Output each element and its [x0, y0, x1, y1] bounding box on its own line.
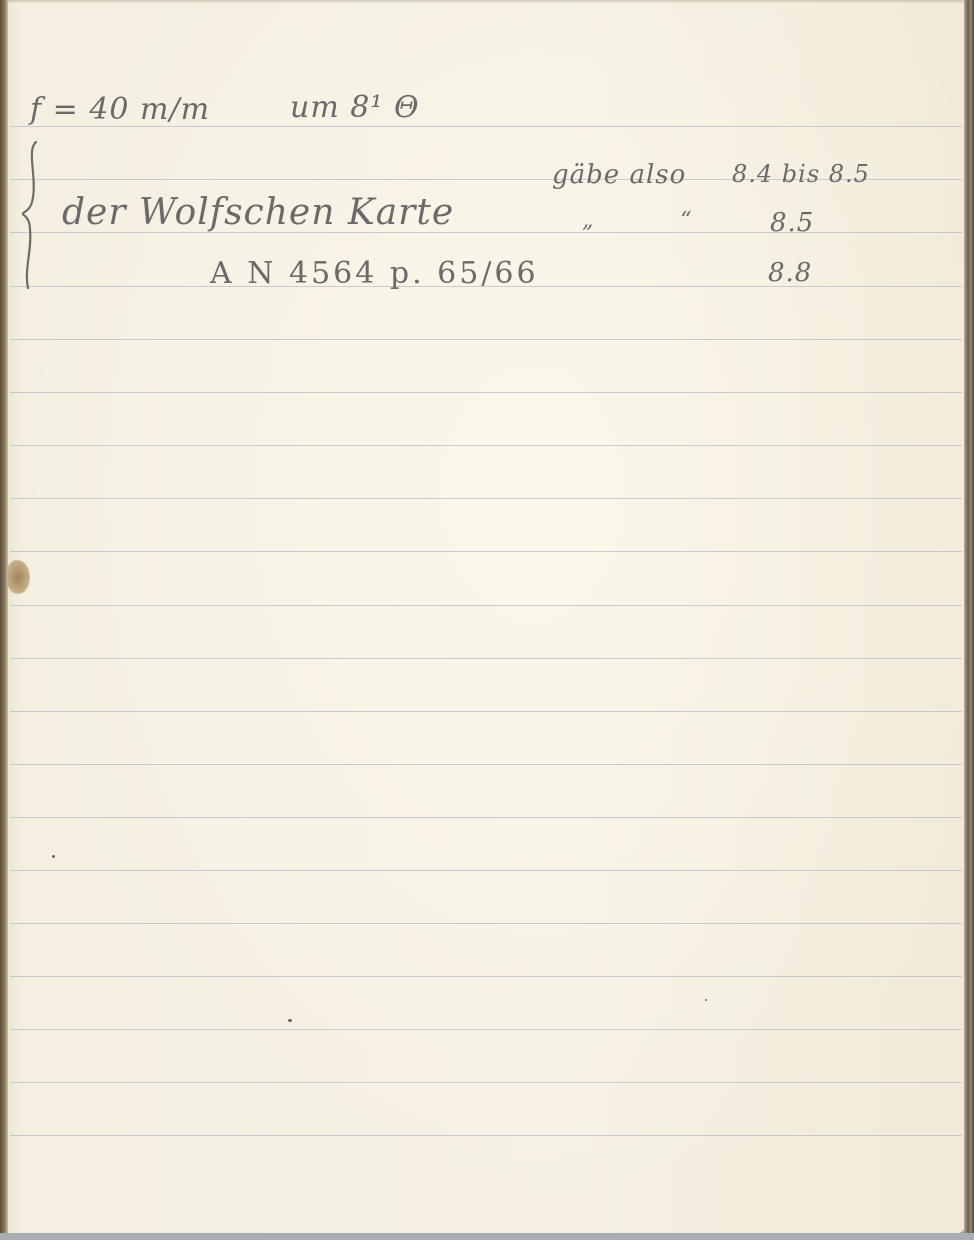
value-row-2: 8.5 [770, 208, 814, 238]
curly-brace-icon [22, 140, 52, 290]
value-row-1: 8.4 bis 8.5 [732, 160, 870, 188]
ruled-line [10, 923, 962, 924]
ruled-line [10, 392, 962, 393]
ruled-line [10, 551, 962, 552]
notebook-page: f = 40 m/m um 8¹ Θ der Wolfschen Karte A… [0, 0, 968, 1234]
ruled-line [10, 1082, 962, 1083]
paper-speck [288, 1019, 292, 1022]
ruled-line [10, 339, 962, 340]
ruled-line [10, 1029, 962, 1030]
time-annotation: um 8¹ Θ [290, 90, 420, 125]
right-column-label: gäbe also [552, 160, 686, 190]
ruled-line [10, 605, 962, 606]
citation-text: A N 4564 p. 65/66 [210, 256, 539, 291]
ruled-line [10, 445, 962, 446]
notebook-spine [0, 0, 8, 1240]
ruled-line [10, 764, 962, 765]
ruled-line [10, 658, 962, 659]
reference-text: der Wolfschen Karte [62, 192, 454, 233]
ruled-line [10, 870, 962, 871]
value-row-3: 8.8 [768, 258, 812, 288]
page-edge-bottom [0, 1233, 974, 1240]
paper-stain [6, 560, 30, 594]
ruled-line [10, 817, 962, 818]
ruled-line [10, 976, 962, 977]
paper-speck [705, 999, 707, 1001]
formula-text: f = 40 m/m [30, 92, 210, 127]
ditto-marks: „ “ [582, 208, 732, 233]
paper-speck [52, 855, 55, 858]
ruled-line [10, 498, 962, 499]
ruled-line [10, 711, 962, 712]
page-edge-right [964, 0, 974, 1236]
ruled-line [10, 1135, 962, 1136]
